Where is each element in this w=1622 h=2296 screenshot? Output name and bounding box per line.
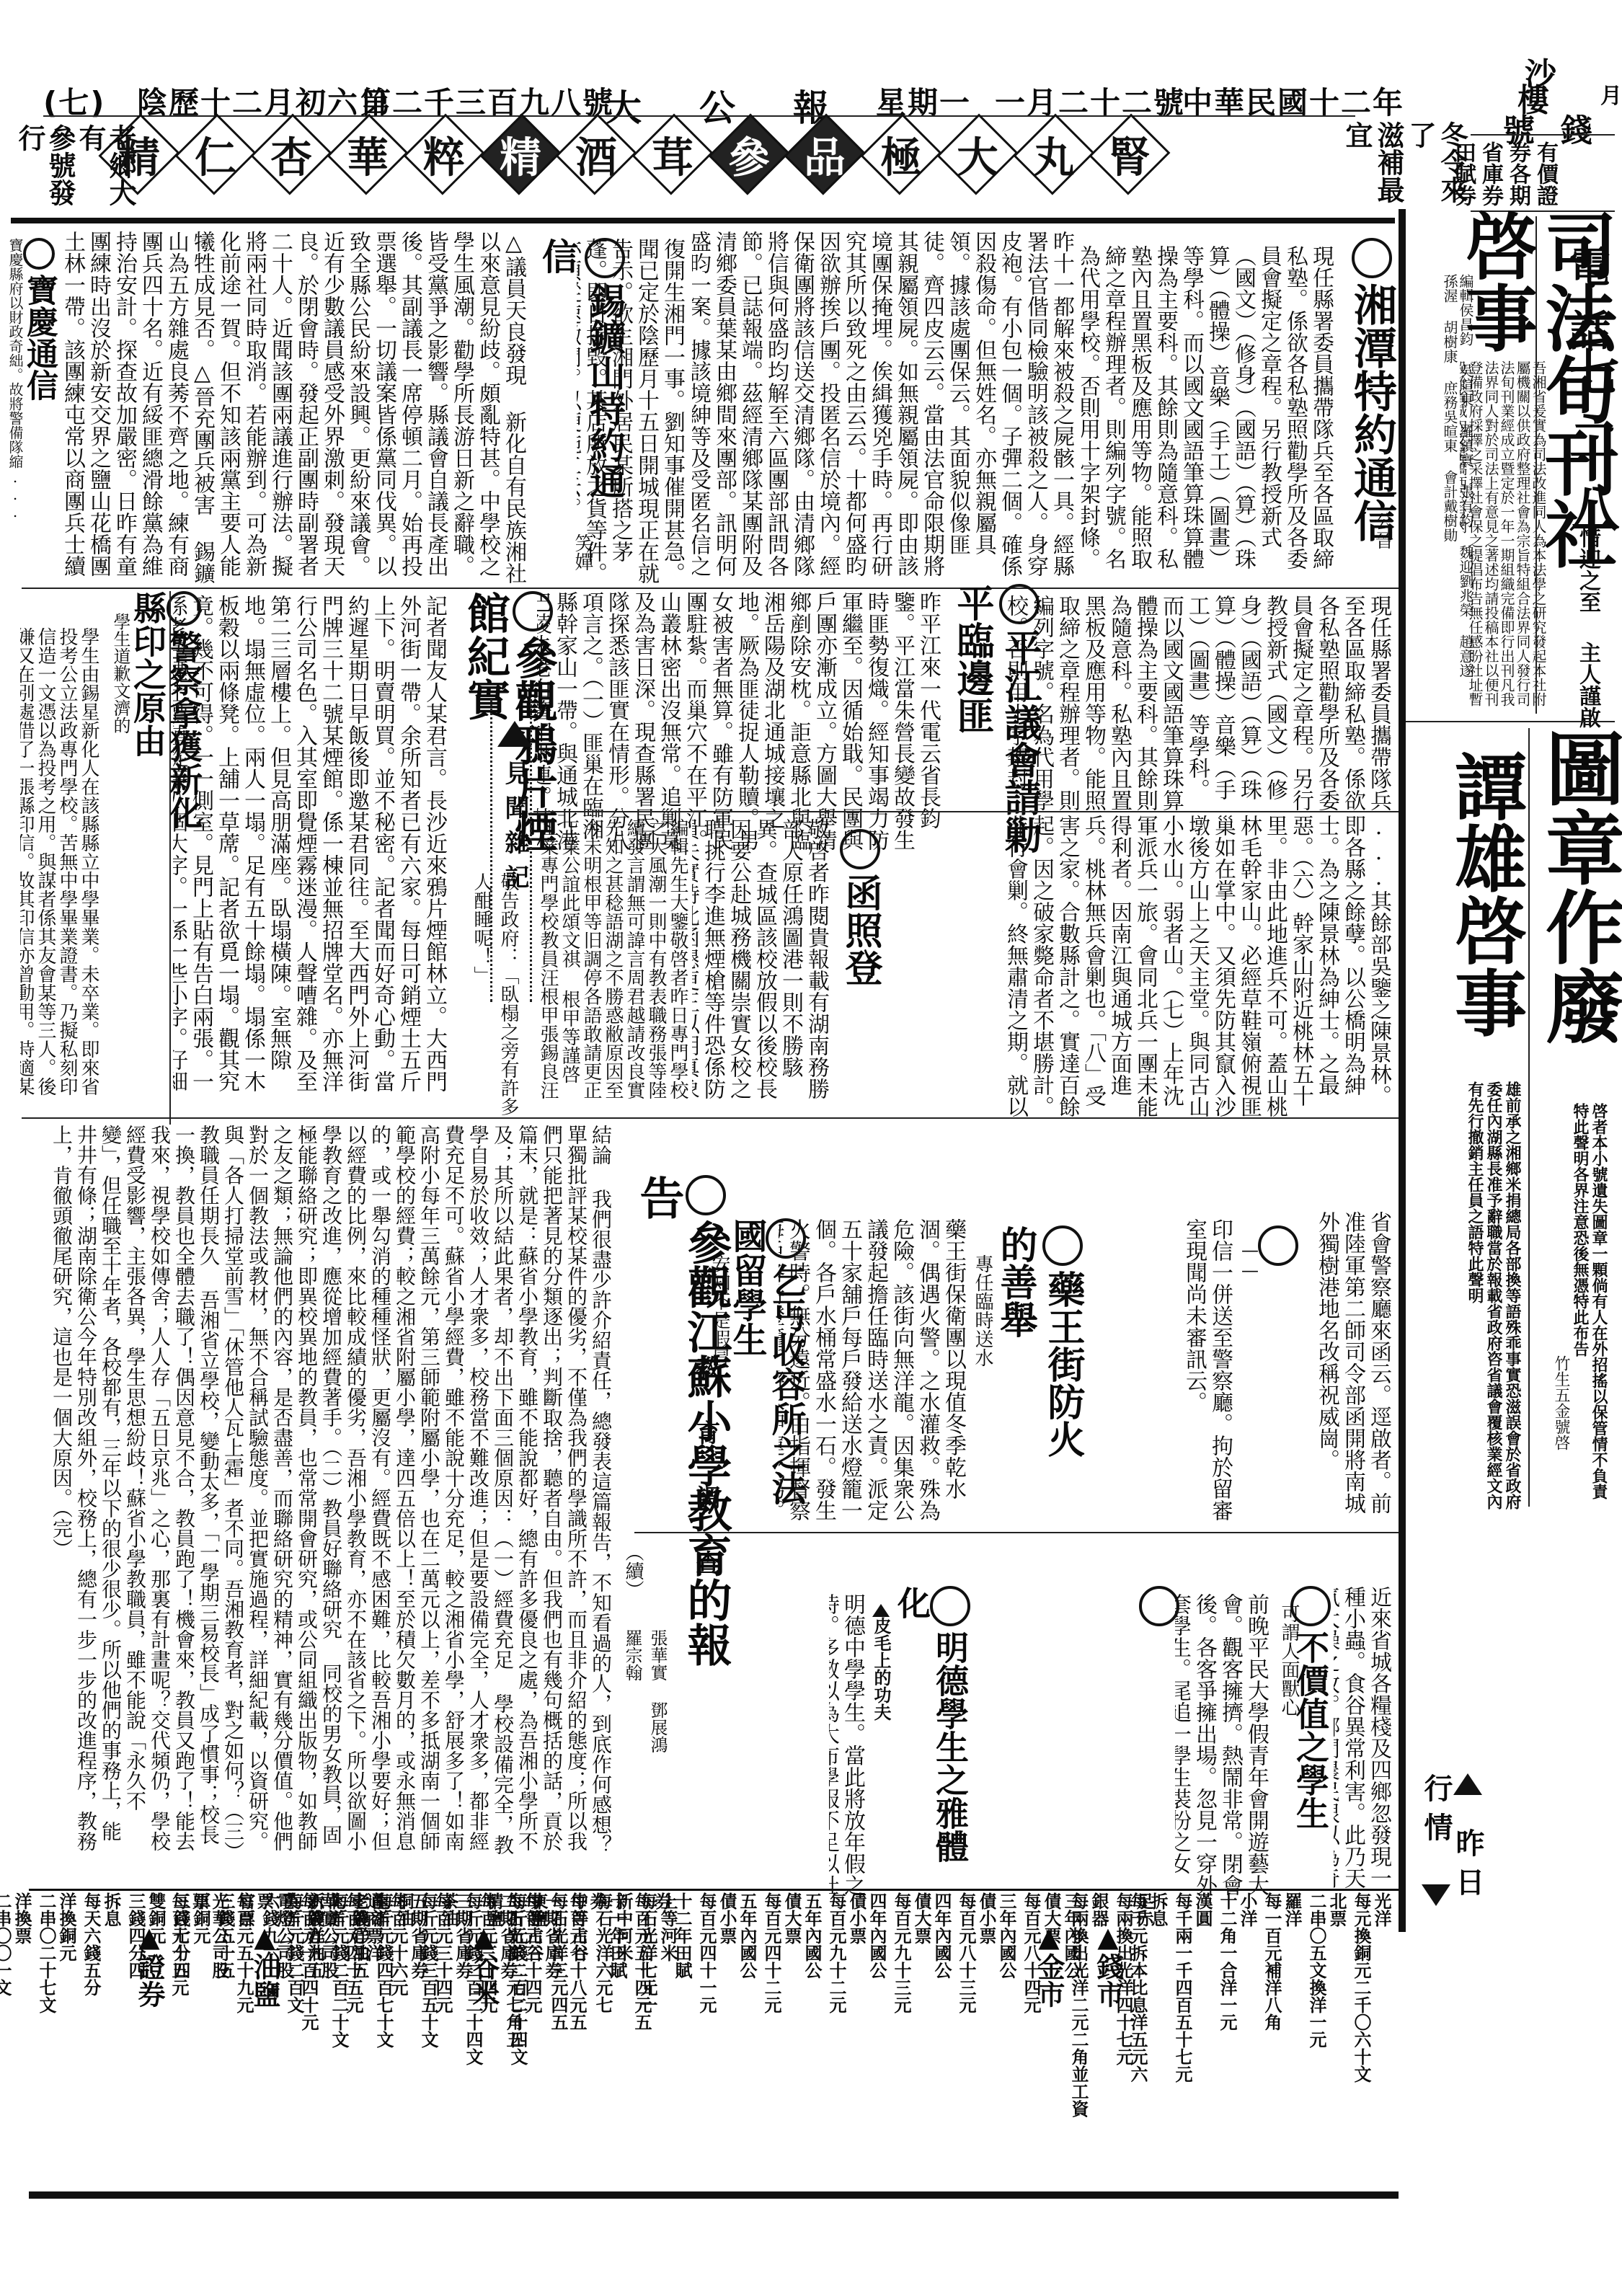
market-row-label: 五年內國公債大票 (781, 1892, 822, 1986)
phone-number: 七二八 (1564, 346, 1616, 549)
shantang-headline (1258, 1225, 1298, 1528)
market-row: 五年內國公債小票每百元四十一元 (696, 1892, 757, 2166)
market-row-label: 精鹽 (483, 1892, 503, 1986)
circle-bullet-icon (840, 829, 880, 869)
xinhua-seal-subhead: 學生道歉文濟的 (108, 613, 133, 734)
banner-diamond-glyph: 大 (936, 114, 1018, 195)
market-row-value: 三錢五一五 (215, 1892, 235, 2166)
hanzhao-headline: 函照登 (836, 829, 884, 1016)
section-rule (22, 588, 1399, 589)
ad-brand-line-2: 參號發行 (14, 124, 76, 206)
market-row: 小洋十二角一合洋一元 (1217, 1892, 1257, 2166)
mingde-body: 前晚平民大學假青年會開遊藝大會。觀客擁擠。熱鬧非常。閉會後。各客爭擁出場。忽見一… (1175, 1593, 1269, 1896)
circle-bullet-icon (167, 591, 201, 626)
market-row: 雙銅元三錢四分四 (125, 1892, 166, 2166)
shop-char: 錢 (1561, 114, 1592, 149)
banner-diamond-glyph: 仁 (174, 114, 256, 195)
yaowang-body: 藥王街保衛團以現值冬季乾水涸。偶遇火警。之水灌救。殊為危險。該街向無洋龍。因集衆… (779, 1218, 966, 1521)
banner-diamond-glyph: 丸 (1013, 114, 1094, 195)
market-row: 拆息每天六錢五分 (81, 1892, 121, 2166)
market-row-label: 桐油 (394, 1892, 414, 1986)
section-rule (533, 811, 1399, 812)
market-row-value: 每百元九十三元 (891, 1892, 911, 2166)
jiangsu-continued: （續） (620, 1543, 647, 1599)
market-row-value: 每元換銅元二千〇六十文 (1351, 1892, 1371, 2166)
market-row: 北票二串〇五文換洋一元 (1306, 1892, 1347, 2166)
market-row-label: 茶油 (438, 1892, 458, 1986)
banner-diamond-glyph: 精 (479, 114, 561, 195)
banner-diamond-glyph: 杏 (251, 114, 332, 195)
market-row-value: 每斤元錢二百二十四文 (463, 1892, 483, 2166)
market-row: 四年內國公債大票每百元九十三元 (891, 1892, 952, 2166)
market-row-value: 每百元四十二元 (761, 1892, 781, 2166)
market-row-value: 每一百元補洋八角 (1262, 1892, 1282, 2166)
market-row: 三年內國公債小票每百元八十三元 (956, 1892, 1016, 2166)
triangle-down-outline-icon (1422, 1884, 1450, 1906)
market-row-label: 英洋 (280, 1892, 300, 1986)
banner-diamond-glyph: 極 (861, 114, 942, 195)
market-row-label: 中等占谷 (568, 1892, 588, 1986)
shop-ad-item: 券各期 (1505, 141, 1530, 206)
circle-bullet-icon (766, 1218, 806, 1259)
market-row: 洋換票二串〇〇一文 (0, 1892, 32, 2166)
market-row-label: 三年內國公債小票 (976, 1892, 1016, 1986)
jiangsu-column-label: 教育調查 (688, 1355, 724, 1615)
market-row-value: 每百元四十一元 (696, 1892, 717, 2166)
market-row-value: 每百元九十二元 (826, 1892, 846, 2166)
masthead-heavy-rule (11, 218, 1395, 223)
xiangtan-byline: 公晉 (1370, 512, 1396, 549)
market-row-value: 每百元八十三元 (956, 1892, 976, 2166)
triangle-up-icon (872, 1604, 890, 1617)
market-row-label: 軍銅元 (190, 1892, 210, 1986)
qigai-continued-body: 近來省城各糧棧及四鄉忽發現一種小蟲。食谷異常利害。此乃天氣大燥之故。鄉間農民很以… (1334, 1586, 1391, 1889)
column-rule (169, 591, 171, 1125)
market-top-rule (29, 1889, 1399, 1891)
market-group-hankou: 龍洋七錢〇二五北洋六錢九九五英洋六錢九六官票三錢五一五軍銅元三錢七分四雙銅元三錢… (72, 1892, 389, 2166)
market-row: 四年內國公債小票每百元九十二元 (826, 1892, 887, 2166)
baoqing-headline: 寶慶通信 (22, 238, 56, 454)
section-rule (22, 1117, 1399, 1119)
market-row-value: 每斤元錢二百二十四文 (508, 1892, 528, 2166)
market-group-zhengquan: 三年內國公債大票每百元八十四元三年內國公債小票每百元八十三元四年內國公債大票每百… (678, 1892, 1081, 2166)
market-row: 新中河米每石光洋六元七 (593, 1892, 633, 2166)
market-row-label: 光洋 (1371, 1892, 1391, 1986)
mingde-subhead: 可謂人面獸心 (1276, 1604, 1303, 1716)
bujiazhi-headline (1139, 1586, 1179, 1889)
jiangsu-authors: 張華實 鄧展鴻 羅宗翰 (620, 1629, 670, 1773)
banner-diamond-glyph: 精 (98, 114, 180, 195)
jianwen-decorative-border (490, 699, 494, 1002)
right-column-divider (1399, 209, 1406, 1932)
market-row: 中等占谷每石光洋三元四五 (548, 1892, 588, 2166)
xiangtan-body: 現任縣署委員攜帶隊兵至各區取締私塾。係欲各私塾照勸學所及各委員會擬定之章程。另行… (1081, 245, 1334, 577)
market-section-title: 昨日行情 (1420, 1773, 1484, 1932)
xinhua-seal-body: 學生由錫星新化人在該縣縣立中學畢業。未卒業。即來省投考公立法政專門學校。苦無中學… (20, 627, 99, 1110)
market-row: 龍洋七錢〇二五 (349, 1892, 389, 2166)
shop-ad-name: 沙 樓 號 錢 月 (1474, 58, 1618, 144)
market-row: 漢圓每千兩一千四百五十七元 (1172, 1892, 1213, 2166)
market-row-value: 每百元八十四元 (1021, 1892, 1041, 2166)
police-short-body: 省會警察廳來函云。逕啟者。前准陸軍第二師司令部函開將南城外獨樹港地名改稱祝威崗。 (1298, 1211, 1391, 1514)
pingjiang-continued-body: ...其餘部吳鑒之陳景林。即各縣之餘孽。以公橋明為紳士。為之陳景林為紳士。之最惡… (1002, 815, 1391, 1117)
market-row-label: 拆息 (101, 1892, 121, 1986)
market-row-value: 每石光洋三元四五 (548, 1892, 568, 2166)
market-row-label: 龍洋 (369, 1892, 389, 1986)
market-row: 官票三錢五一五 (215, 1892, 255, 2166)
market-row-label: 五年內國公債小票 (717, 1892, 757, 1986)
market-row-value: 每千兩一千四百五十七元 (1172, 1892, 1192, 2166)
dushu-subhead: 皮毛上的功夫 (869, 1604, 894, 1721)
bujiazhi-body (930, 1586, 1117, 1889)
banner-diamond-glyph: 腎 (1089, 114, 1171, 195)
page-bottom-rule (29, 2191, 1399, 2199)
xinhua-body: △議員天良發現 新化自有民族湘社以來意見紛歧。頗亂特甚。中學校之學生風潮。勸學所… (65, 231, 526, 584)
qigai-subhead: 安知不是假冒 (706, 1254, 733, 1367)
ad-inner-rule (1528, 728, 1530, 1507)
market-row-value: 每石光洋七元一 (637, 1892, 657, 2166)
market-row-value: 三錢七分四 (170, 1892, 190, 2166)
market-row-value: 二串〇〇一文 (0, 1892, 12, 2166)
market-row-value: 二串〇二十七文 (36, 1892, 56, 2166)
market-row-value: 每兩換出光洋四十七元 (1113, 1892, 1133, 2166)
triangle-up-icon (497, 721, 532, 747)
market-row-value: 七錢〇二五 (349, 1892, 369, 2166)
xiangtan-continued-body: 昨十一都解來被殺之屍骸一具。經縣署法官偕同檢驗明該被殺之人。身穿皮袍。有小包一個… (692, 231, 1074, 584)
banner-diamond-glyph: 酒 (556, 114, 637, 195)
xinhua-seal-headline: 警察拿獲新化縣印之原由 (130, 591, 202, 851)
yapian-body: 記者聞友人某君言。長沙近來鴉片煙館林立。大西門外河街一帶。余所知者已有六家。每日… (173, 595, 447, 1107)
triangle-up-outline-icon (1453, 1773, 1482, 1795)
market-row-label: 漢圓 (1192, 1892, 1213, 1986)
market-row-label: 三年內國公債大票 (1041, 1892, 1081, 1986)
shop-ad-divider (1471, 134, 1615, 136)
market-row-value: 每石光洋六元七 (593, 1892, 613, 2166)
market-row-label: 北票 (1326, 1892, 1347, 1986)
market-row: 光洋每元換銅元二千〇六十文 (1351, 1892, 1391, 2166)
shantang-body: 印信一併送至警察廳。拘於留審室現聞尚未審訊云。 (1045, 1218, 1233, 1535)
market-row-label: 四年內國公債小票 (846, 1892, 887, 1986)
market-row-value: 十二角一合洋一元 (1217, 1892, 1237, 2166)
jianwen-column-label: 見聞雜記 (497, 721, 533, 966)
market-row-label: 洋換票 (12, 1892, 32, 1986)
market-row: 足赤每兩換出光洋四十七元 (1113, 1892, 1153, 2166)
shop-ad-item: 田賦券 (1450, 141, 1476, 206)
banner-diamond-glyph: 茸 (631, 114, 713, 195)
circle-bullet-icon (1258, 1225, 1298, 1266)
sifa-ad-body: 吾湘省爰實為司法改進同人為本法學之研究發起本社附屬機關以供政府整理社會為宗旨特組… (1460, 360, 1546, 706)
section-rule (634, 1532, 1399, 1533)
qigai-headline: 乞丐收容所之法國留學生 (728, 1218, 806, 1521)
tanxiong-ad-title: 譚雄啓事 (1442, 750, 1528, 1110)
market-row-label: 上等河米 (657, 1892, 678, 1986)
shop-ad-item: 省庫券 (1478, 141, 1503, 206)
market-row-label: 雙銅元 (146, 1892, 166, 1986)
dushu-body: 明德中學學生。當此將放年假之時。多數以為大布學服不足以壯觀瞻。乃向學生會提議照卡… (829, 1593, 865, 1896)
market-row: 軍銅元三錢七分四 (170, 1892, 210, 2166)
market-row-label: 官票 (235, 1892, 255, 1986)
market-row-label: 東鹽 (528, 1892, 548, 1986)
shop-char: 月 (1600, 79, 1622, 114)
market-row-label: 羅洋 (1282, 1892, 1302, 1986)
yaowang-subhead: 專任臨時送水 (970, 1254, 996, 1367)
market-row: 三年內國公債大票每百元八十四元 (1021, 1892, 1081, 2166)
tuzhang-ad-title: 圖章作廢 (1535, 728, 1622, 1103)
market-group-jinshi: 足赤每兩換出光洋四十七元銀器每兩換出光洋二元二角並工資▲金市 (1096, 1892, 1153, 2166)
top-banner-ad: 精仁杏華粹精酒茸參品極大丸腎 (101, 108, 1168, 195)
banner-diamond-glyph: 粹 (403, 114, 484, 195)
sifa-ad-closing: 惜迎之至 (1572, 526, 1603, 613)
market-group-qianshi: 光洋每元換銅元二千〇六十文北票二串〇五文換洋一元羅洋每一百元補洋八角小洋十二角一… (1153, 1892, 1391, 2166)
market-row-value: 二串〇五文換洋一元 (1306, 1892, 1326, 2166)
market-group-gumi: 上等河米每石光洋七元一新中河米每石光洋六元七中等占谷每石光洋三元四五中等占谷每石… (548, 1892, 678, 2166)
xiangtan-resolution-body: 現任縣署委員攜帶隊兵至各區取締私塾。係欲各私塾照勸學所及各委員會擬定之章程。另行… (1002, 595, 1391, 811)
sifa-ad-bottom-rule (1406, 721, 1615, 722)
market-row: 茶油每斤元錢三百五十文 (418, 1892, 458, 2166)
market-row-label: 北洋 (324, 1892, 345, 1986)
market-row-value: 六錢九六 (260, 1892, 280, 2166)
gongye-letter-body: 編輯先生大鑒敬啓者昨日專門學校之大風潮一則中有教表職務張等陸續發言謂無可諱言周君… (537, 818, 688, 1114)
market-row-label: 銀器 (1089, 1892, 1109, 1986)
hanzhao-body: 敬啓者昨閱貴報載有湖南務勝部人原任鴻圖港一則不勝駭異。查城區該校放假以後校長因要… (692, 818, 829, 1114)
circle-bullet-icon (686, 1175, 726, 1215)
jiangsu-body: 結論 我們很盡少許介紹責任，總發表這篇報告，不知看過的人，到底作何感想？單獨批評… (29, 1125, 613, 1860)
market-row: 上等河米每石光洋七元一 (637, 1892, 678, 2166)
tuzhang-ad-signer: 竹生五金號啓 (1550, 1355, 1572, 1450)
xikuangshan-body: 復開生湘門一事。劉知事催開甚急。聞已定於陰歷月十五日開城現正在就告示。欲生湘門外… (577, 238, 685, 584)
market-row-value: 六錢九九五 (304, 1892, 324, 2166)
market-row: 精鹽每斤元錢二百二十四文 (463, 1892, 503, 2166)
market-row-value: 每天六錢五分 (81, 1892, 101, 2166)
sifa-ad-signature: 主人謹啟 (1572, 642, 1603, 728)
banner-diamond-glyph: 華 (327, 114, 409, 195)
market-row-value: 每斤元錢三百五十文 (418, 1892, 438, 2166)
market-row-label: 四年內國公債大票 (911, 1892, 952, 1986)
market-prices: 光洋每元換銅元二千〇六十文北票二串〇五文換洋一元羅洋每一百元補洋八角小洋十二角一… (29, 1892, 1399, 2166)
market-row-label: 洋換銅元 (56, 1892, 76, 1986)
market-row: 羅洋每一百元補洋八角 (1262, 1892, 1302, 2166)
shop-ad-item: 有價證 (1533, 141, 1558, 206)
banner-diamond-glyph: 品 (784, 114, 866, 195)
market-row-value: 三錢四分四 (125, 1892, 146, 2166)
baoqing-body: 寶慶縣府以財政奇絀。故將警備隊縮... (6, 238, 23, 584)
market-row: 北洋六錢九九五 (304, 1892, 345, 2166)
ad-slogan-line-2: 滋補最宜 (1341, 121, 1404, 203)
circle-bullet-icon (1352, 238, 1392, 278)
circle-bullet-icon (23, 238, 55, 270)
jianwen-decorative-border (530, 699, 533, 1002)
market-row-label: 新中河米 (613, 1892, 633, 1986)
market-row: 五年內國公債大票每百元四十二元 (761, 1892, 822, 2166)
circle-bullet-icon (1139, 1586, 1179, 1626)
sifa-ad-inner-rule (1535, 216, 1537, 714)
market-row: 英洋六錢九六 (260, 1892, 300, 2166)
shantang-subhead: —— (1240, 1240, 1260, 1499)
market-row: 東鹽每斤元錢二百二十四文 (508, 1892, 548, 2166)
market-group-youyan: 東鹽每斤元錢二百二十四文精鹽每斤元錢二百二十四文茶油每斤元錢三百五十文桐油每斤元… (404, 1892, 548, 2166)
tanxiong-ad-body: 雄前承之湘鄉米捐總局各部換等語殊乖事實恐滋誤會於省政府委任內湖縣長准予辭職當於報… (1413, 1081, 1521, 1514)
market-row-label: 足赤 (1133, 1892, 1153, 1986)
market-row-label: 小洋 (1237, 1892, 1257, 1986)
market-row: 洋換銅元二串〇二十七文 (36, 1892, 76, 2166)
shop-ad-items: 有價證 券各期 省庫券 田賦券 (1449, 141, 1559, 213)
banner-diamond-glyph: 參 (708, 114, 789, 195)
